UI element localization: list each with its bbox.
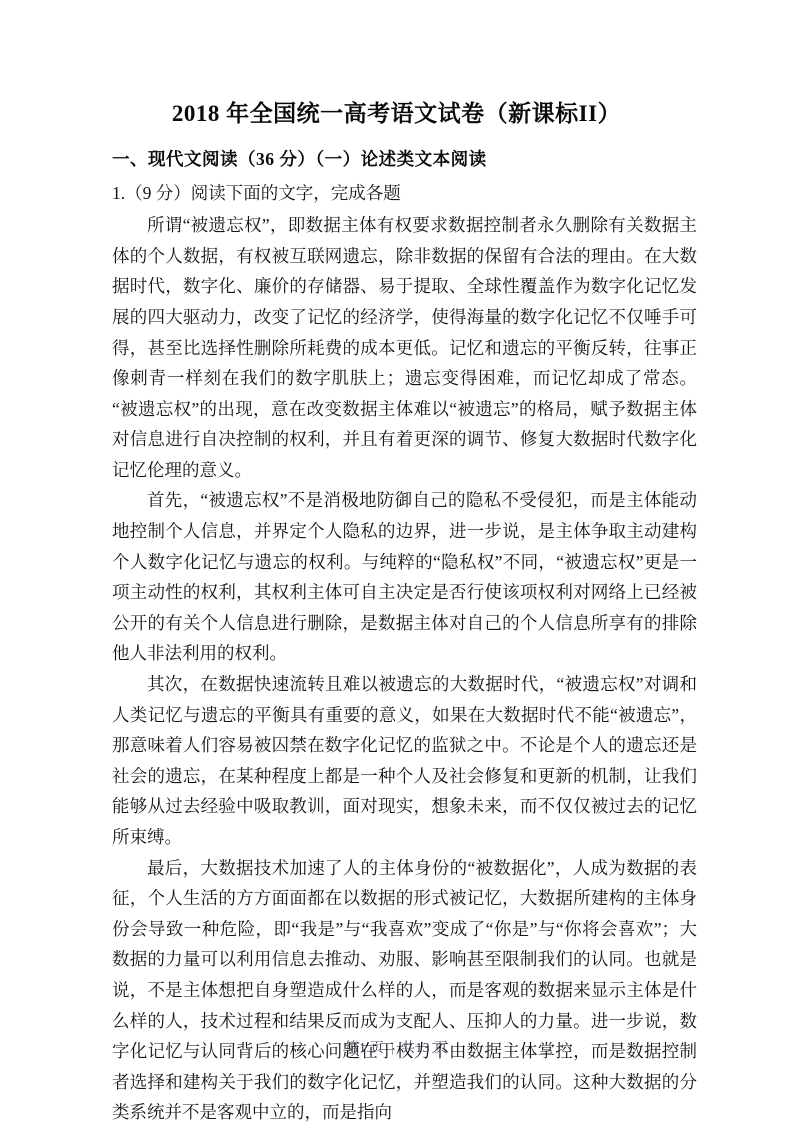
passage-paragraph-4: 最后，大数据技术加速了人的主体身份的“被数据化”，人成为数据的表征，个人生活的方… xyxy=(112,853,697,1122)
passage-paragraph-1: 所谓“被遗忘权”，即数据主体有权要求数据控制者永久删除有关数据主体的个人数据，有… xyxy=(112,210,697,485)
question-intro: 1.（9 分）阅读下面的文字，完成各题 xyxy=(112,179,697,207)
document-title: 2018 年全国统一高考语文试卷（新课标II） xyxy=(0,0,793,129)
total-pages-label: 共13 页 xyxy=(401,1040,447,1055)
exam-paper-page: 2018 年全国统一高考语文试卷（新课标II） 一、现代文阅读（36 分）（一）… xyxy=(0,0,793,1122)
page-number-label: 第1 页 xyxy=(345,1040,384,1055)
passage-paragraph-3: 其次，在数据快速流转且难以被遗忘的大数据时代，“被遗忘权”对调和人类记忆与遗忘的… xyxy=(112,669,697,853)
passage-body: 所谓“被遗忘权”，即数据主体有权要求数据控制者永久删除有关数据主体的个人数据，有… xyxy=(112,210,697,1122)
section-heading: 一、现代文阅读（36 分）（一）论述类文本阅读 xyxy=(112,146,697,172)
page-footer: 第1 页|共13 页 xyxy=(0,1036,793,1056)
footer-separator: | xyxy=(384,1040,401,1055)
passage-paragraph-2: 首先，“被遗忘权”不是消极地防御自己的隐私不受侵犯，而是主体能动地控制个人信息，… xyxy=(112,485,697,669)
